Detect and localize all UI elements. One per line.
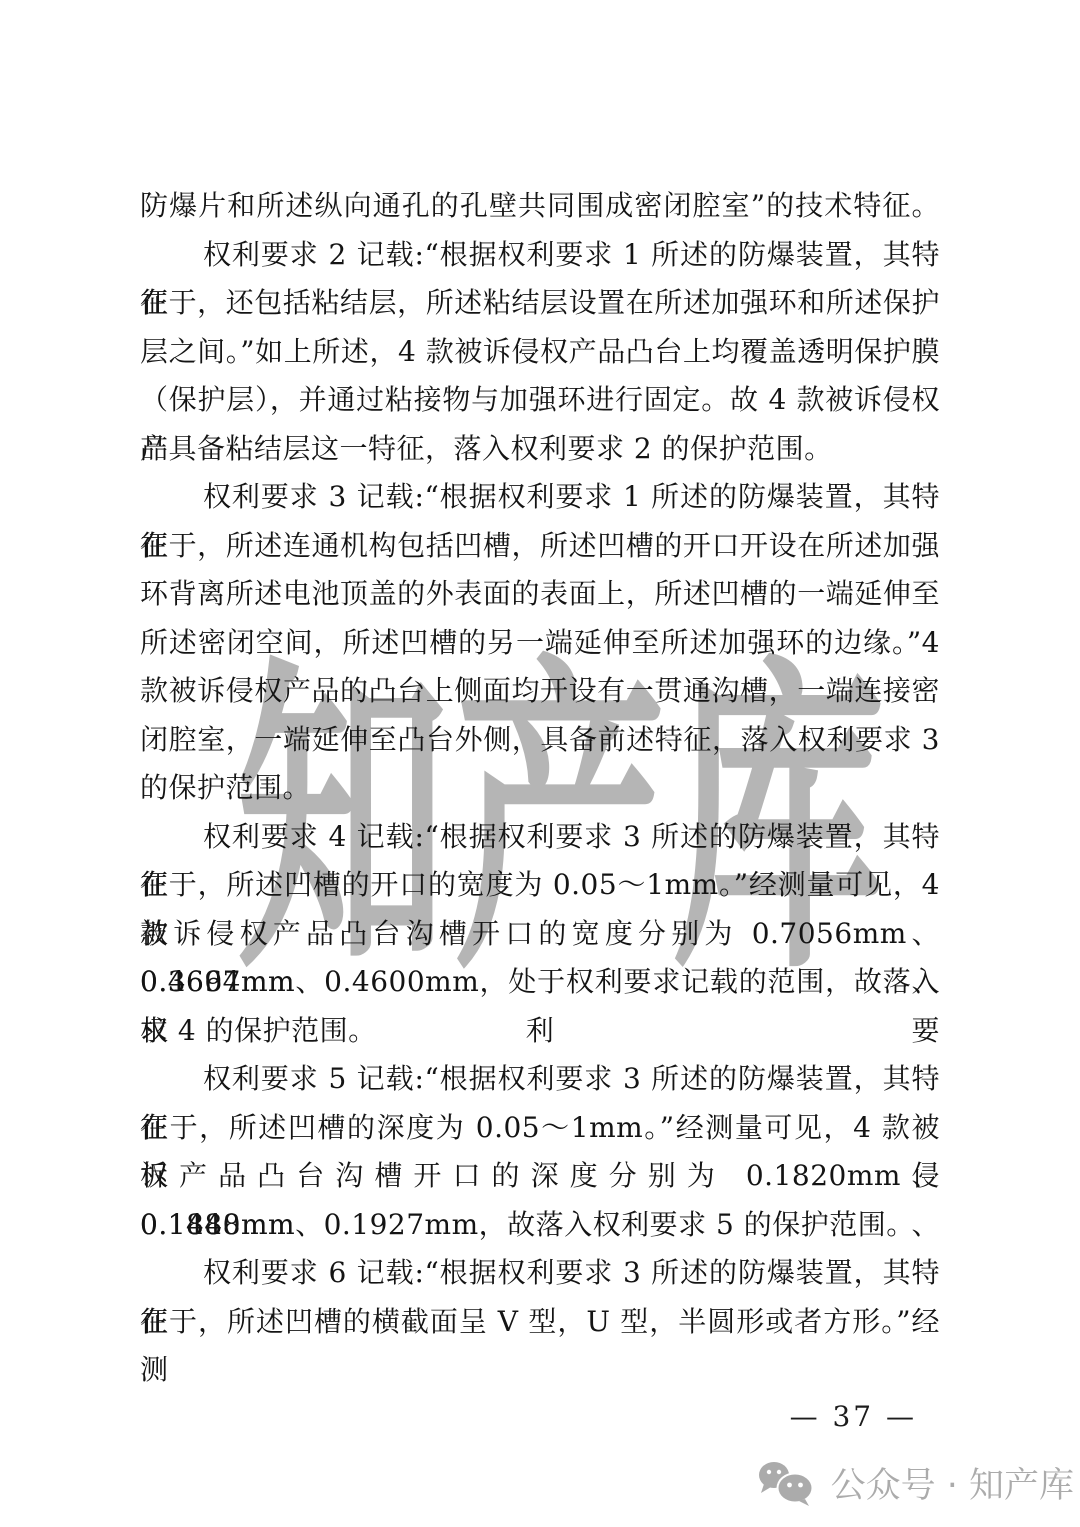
text-line: 权利要求 4 记载:“根据权利要求 3 所述的防爆装置，其特征 [140, 813, 940, 862]
text-line: 在于，所述凹槽的深度为 0.05～1mm。”经测量可见，4 款被诉侵 [140, 1104, 940, 1153]
text-line: 款被诉侵权产品的凸台上侧面均开设有一贯通沟槽，一端连接密 [140, 667, 940, 716]
text-line: 防爆片和所述纵向通孔的孔壁共同围成密闭腔室”的技术特征。 [140, 182, 940, 231]
wechat-footer: 公众号 · 知产库 [755, 1458, 1074, 1508]
text-line: 权利要求 5 记载:“根据权利要求 3 所述的防爆装置，其特征 [140, 1055, 940, 1104]
text-line: 0.4664mm、0.4600mm，处于权利要求记载的范围，故落入权利要 [140, 958, 940, 1007]
text-line: 所述密闭空间，所述凹槽的另一端延伸至所述加强环的边缘。”4 [140, 619, 940, 668]
text-line: 品具备粘结层这一特征，落入权利要求 2 的保护范围。 [140, 425, 940, 474]
text-line: 在于，所述凹槽的横截面呈 V 型，U 型，半圆形或者方形。”经测 [140, 1298, 940, 1347]
text-line: 被诉侵权产品凸台沟槽开口的宽度分别为 0.7056mm、0.3697mm、 [140, 910, 940, 959]
text-line: 权利要求 6 记载:“根据权利要求 3 所述的防爆装置，其特征 [140, 1249, 940, 1298]
wechat-account-label: 公众号 · 知产库 [831, 1458, 1074, 1508]
text-line: 闭腔室，一端延伸至凸台外侧，具备前述特征，落入权利要求 3 [140, 716, 940, 765]
wechat-icon [755, 1460, 819, 1506]
text-line: 0.1480mm、0.1927mm，故落入权利要求 5 的保护范围。 [140, 1201, 940, 1250]
text-line: （保护层），并通过粘接物与加强环进行固定。故 4 款被诉侵权产 [140, 376, 940, 425]
text-line: 权产品凸台沟槽开口的深度分别为 0.1820mm、0.1848mm、 [140, 1152, 940, 1201]
text-line: 环背离所述电池顶盖的外表面的表面上，所述凹槽的一端延伸至 [140, 570, 940, 619]
text-line: 层之间。”如上所述，4 款被诉侵权产品凸台上均覆盖透明保护膜 [140, 328, 940, 377]
text-line: 在于，所述连通机构包括凹槽，所述凹槽的开口开设在所述加强 [140, 522, 940, 571]
document-page: 知产库 防爆片和所述纵向通孔的孔壁共同围成密闭腔室”的技术特征。 权利要求 2 … [0, 0, 1080, 1527]
text-line: 在于，还包括粘结层，所述粘结层设置在所述加强环和所述保护 [140, 279, 940, 328]
text-line: 在于，所述凹槽的开口的宽度为 0.05～1mm。”经测量可见，4 款 [140, 861, 940, 910]
page-number: — 37 — [790, 1400, 917, 1433]
document-body: 防爆片和所述纵向通孔的孔壁共同围成密闭腔室”的技术特征。 权利要求 2 记载:“… [140, 182, 940, 1346]
text-line: 权利要求 2 记载:“根据权利要求 1 所述的防爆装置，其特征 [140, 231, 940, 280]
text-line: 的保护范围。 [140, 764, 940, 813]
text-line: 权利要求 3 记载:“根据权利要求 1 所述的防爆装置，其特征 [140, 473, 940, 522]
